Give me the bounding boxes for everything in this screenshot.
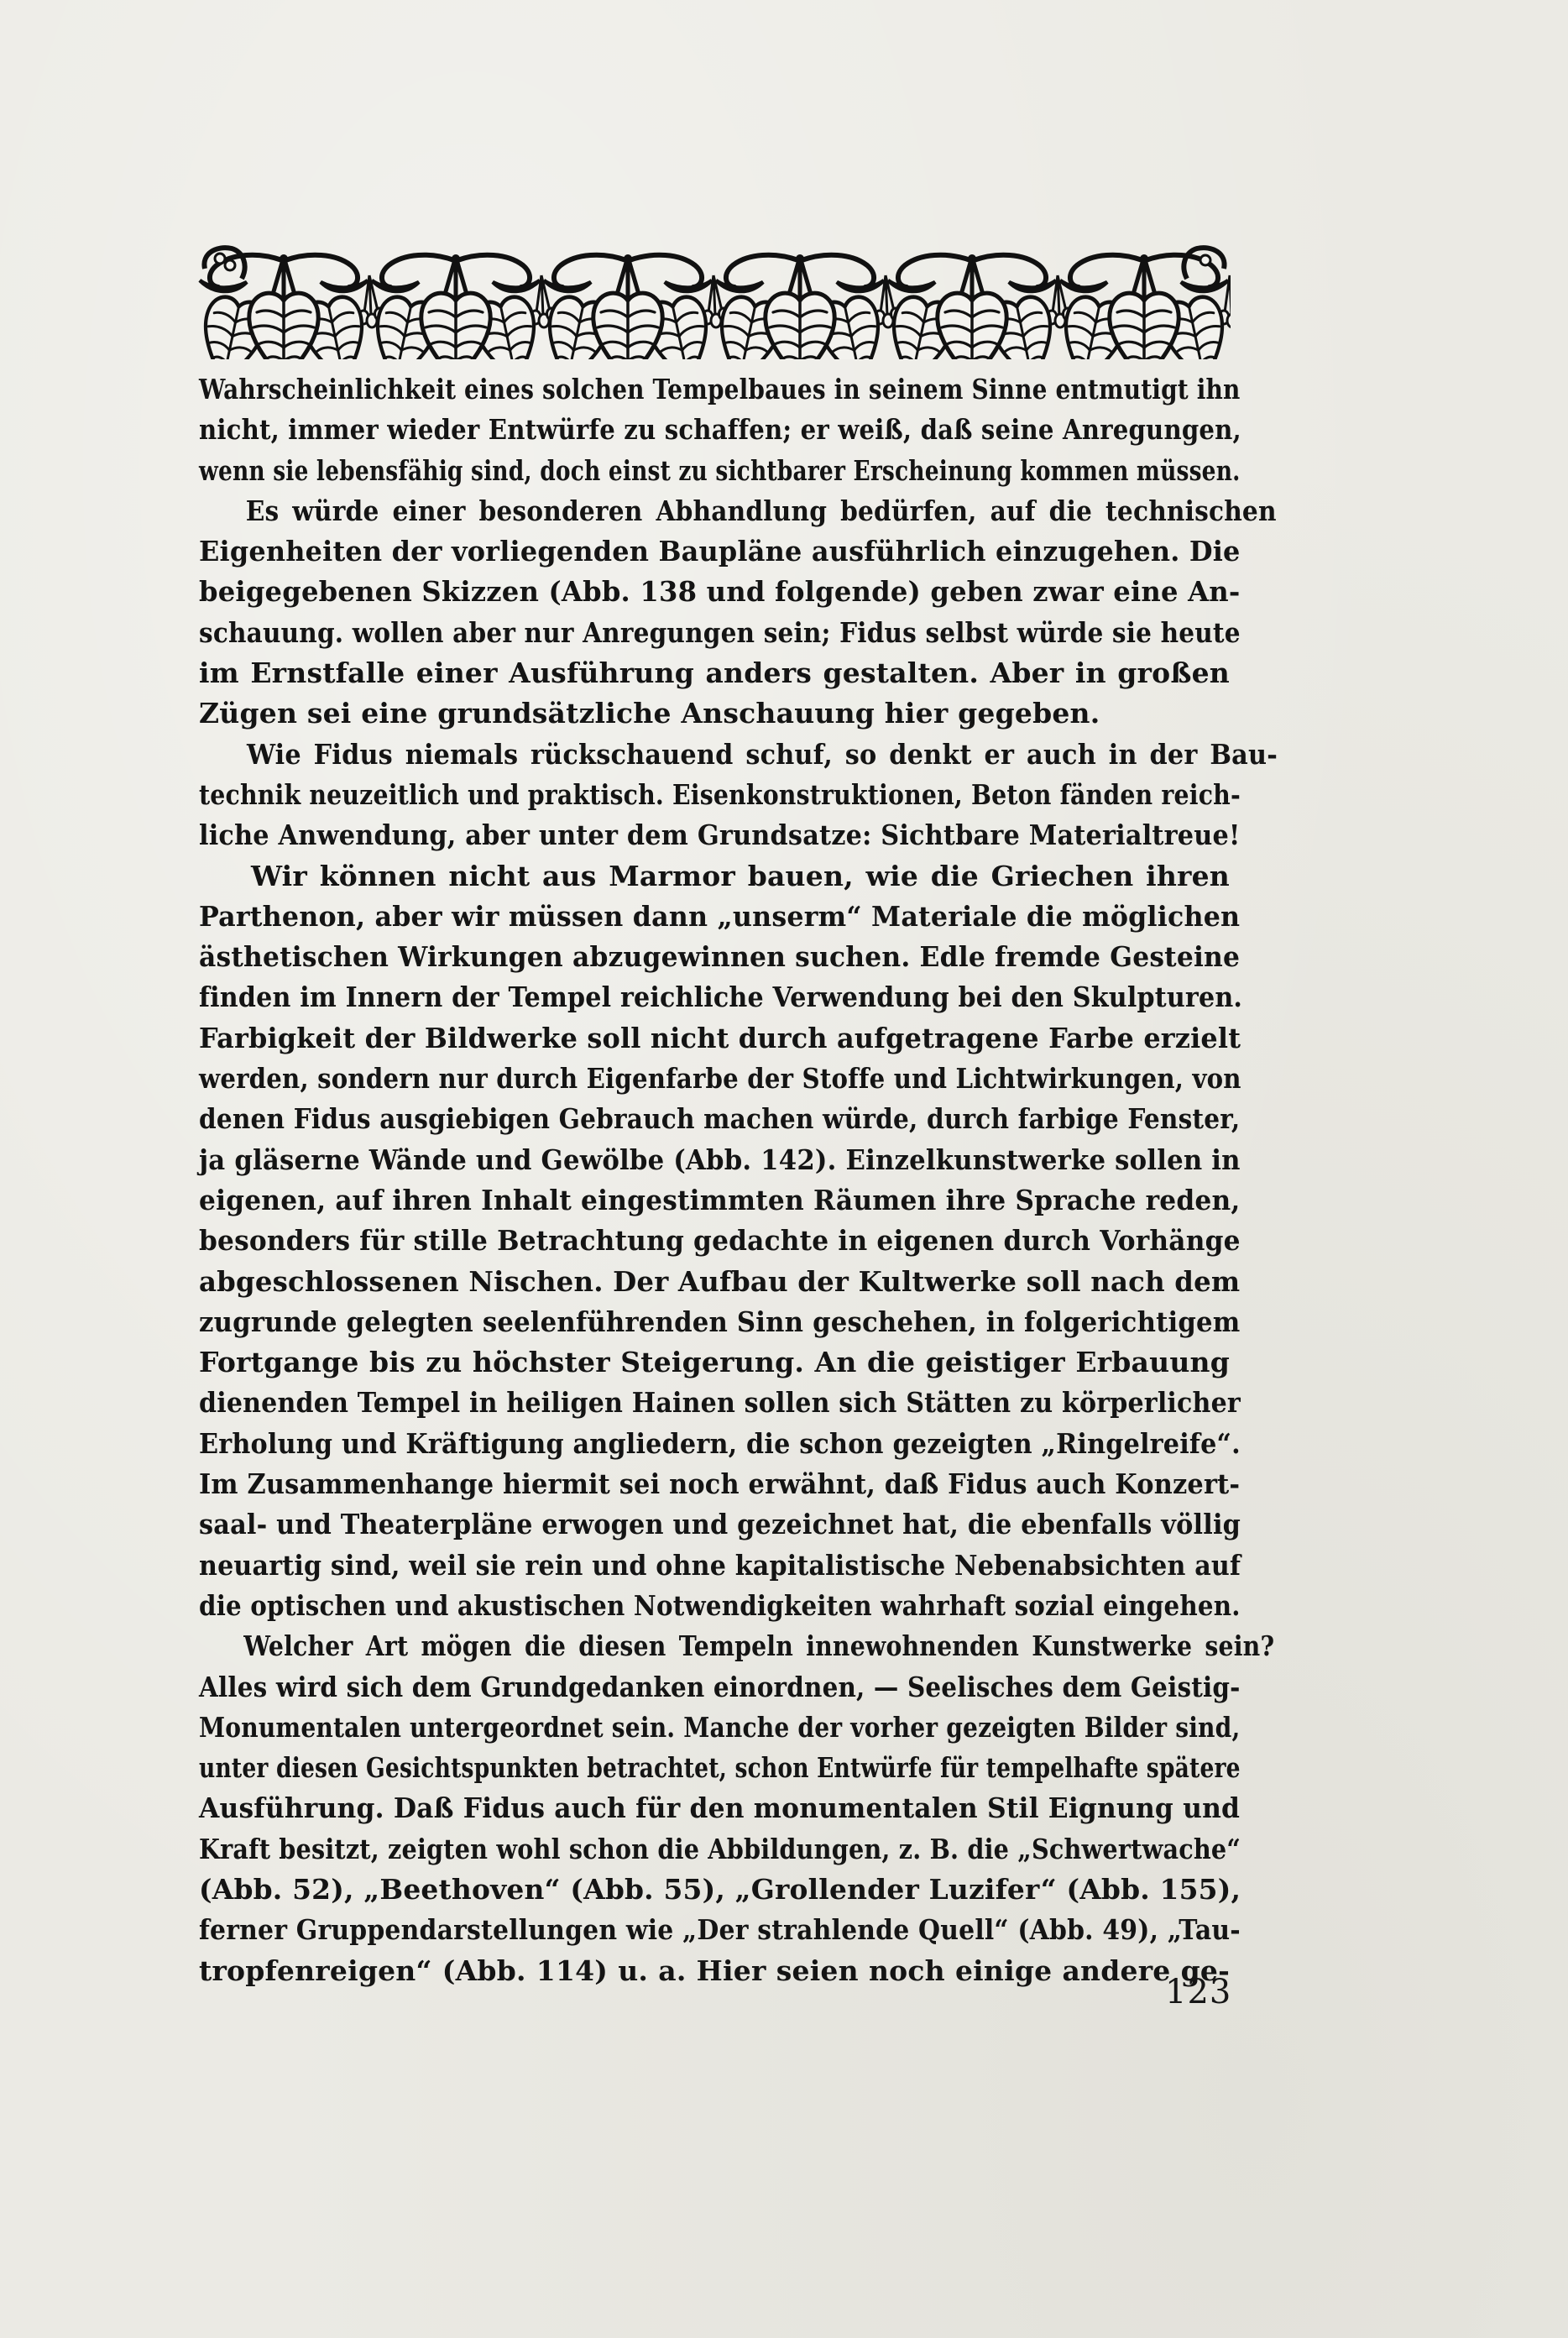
text-line: wenn sie lebensfähig sind, doch einst zu… [199, 451, 1230, 491]
text-line: ja gläserne Wände und Gewölbe (Abb. 142)… [199, 1140, 1230, 1180]
text-line: besonders für stille Betrachtung gedacht… [199, 1221, 1230, 1261]
text-line: Wahrscheinlichkeit eines solchen Tempelb… [199, 369, 1230, 410]
text-line: (Abb. 52), „Beethoven“ (Abb. 55), „Groll… [199, 1870, 1230, 1910]
text-line: finden im Innern der Tempel reichliche V… [199, 977, 1230, 1017]
text-line: Fortgange bis zu höchster Steigerung. An… [199, 1342, 1230, 1383]
text-line: unter diesen Gesichtspunkten betrachtet,… [199, 1748, 1230, 1788]
page-number: 123 [1165, 1973, 1231, 2011]
text-line: denen Fidus ausgiebigen Gebrauch machen … [199, 1099, 1230, 1139]
text-line: abgeschlossenen Nischen. Der Aufbau der … [199, 1262, 1230, 1302]
text-line: ästhetischen Wirkungen abzugewinnen such… [199, 937, 1230, 977]
linden-leaf-border-icon [198, 240, 1231, 359]
text-line: Ausführung. Daß Fidus auch für den monum… [199, 1788, 1230, 1828]
body-text: Wahrscheinlichkeit eines solchen Tempelb… [199, 369, 1230, 1991]
text-line: zugrunde gelegten seelenführenden Sinn g… [199, 1302, 1230, 1342]
text-line: Alles wird sich dem Grundgedanken einord… [199, 1667, 1230, 1708]
text-line: im Ernstfalle einer Ausführung anders ge… [199, 653, 1230, 693]
text-line: Erholung und Kräftigung angliedern, die … [199, 1424, 1230, 1464]
text-line: neuartig sind, weil sie rein und ohne ka… [199, 1546, 1230, 1586]
text-line: Zügen sei eine grundsätzliche Anschauung… [199, 693, 1230, 734]
text-line: Monumentalen untergeordnet sein. Manche … [199, 1708, 1230, 1748]
text-line: Es würde einer besonderen Abhandlung bed… [199, 491, 1277, 531]
text-line: Eigenheiten der vorliegenden Baupläne au… [199, 531, 1230, 572]
text-line: saal- und Theaterpläne erwogen und gezei… [199, 1504, 1230, 1545]
text-line: Wie Fidus niemals rückschauend schuf, so… [199, 735, 1278, 775]
text-line: tropfenreigen“ (Abb. 114) u. a. Hier sei… [199, 1951, 1230, 1991]
text-line: technik neuzeitlich und praktisch. Eisen… [199, 775, 1230, 815]
text-line: werden, sondern nur durch Eigenfarbe der… [199, 1059, 1230, 1099]
text-line: Farbigkeit der Bildwerke soll nicht durc… [199, 1018, 1230, 1059]
text-line: schauung. wollen aber nur Anregungen sei… [199, 613, 1230, 653]
text-line: Welcher Art mögen die diesen Tempeln inn… [199, 1626, 1274, 1666]
text-line: die optischen und akustischen Notwendigk… [199, 1586, 1230, 1626]
text-line: nicht, immer wieder Entwürfe zu schaffen… [199, 410, 1230, 450]
text-line: Kraft besitzt, zeigten wohl schon die Ab… [199, 1829, 1230, 1870]
text-line: liche Anwendung, aber unter dem Grundsat… [199, 815, 1230, 855]
text-line: Wir können nicht aus Marmor bauen, wie d… [199, 856, 1230, 897]
text-line: ferner Gruppendarstellungen wie „Der str… [199, 1910, 1230, 1950]
text-line: Parthenon, aber wir müssen dann „unserm“… [199, 897, 1230, 937]
text-line: dienenden Tempel in heiligen Hainen soll… [199, 1383, 1230, 1423]
text-line: eigenen, auf ihren Inhalt eingestimmten … [199, 1180, 1230, 1221]
text-line: Im Zusammenhange hiermit sei noch erwähn… [199, 1464, 1230, 1504]
text-line: beigegebenen Skizzen (Abb. 138 und folge… [199, 572, 1230, 612]
